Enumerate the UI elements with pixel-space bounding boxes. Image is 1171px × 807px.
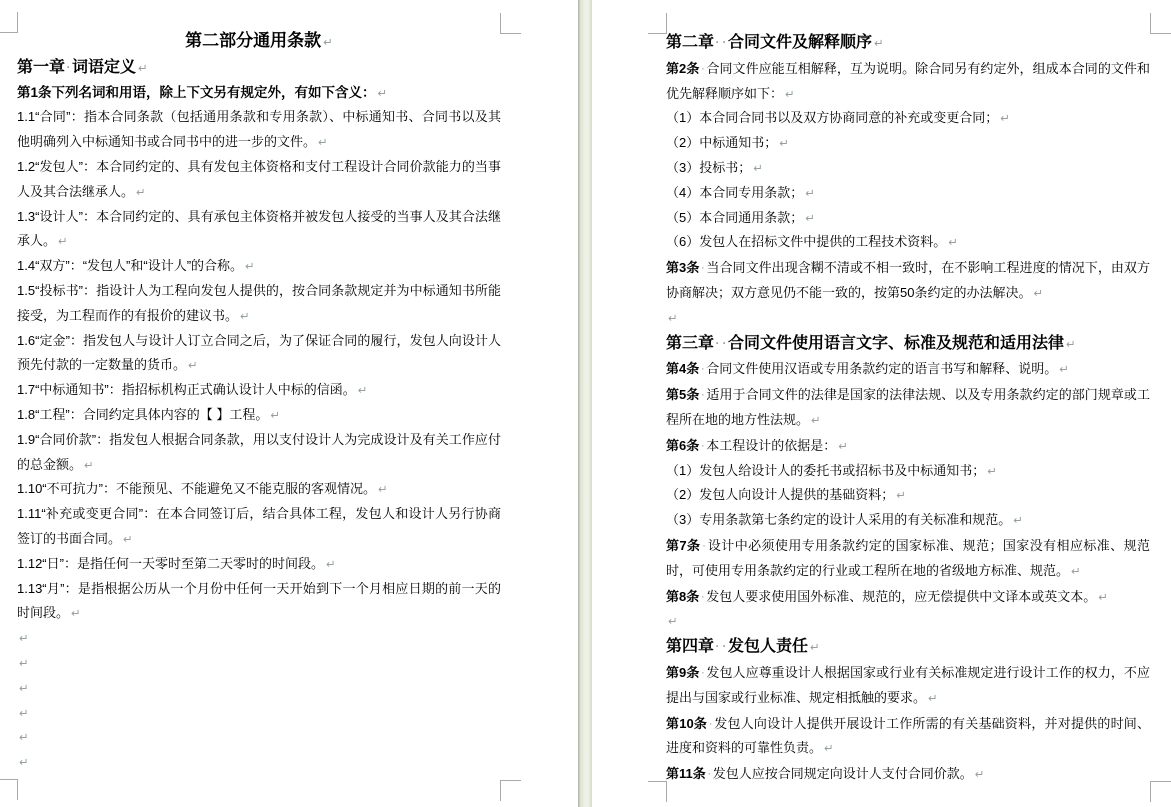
clause-number: 第2条: [666, 61, 699, 76]
list-item[interactable]: （1）本合同合同书以及双方协商同意的补充或变更合同；↵: [666, 106, 1150, 131]
paragraph-mark-icon: ↵: [810, 640, 820, 654]
paragraph-text: 1.10“不可抗力”：不能预见、不能避免又不能克服的客观情况。: [17, 481, 376, 496]
paragraph-text: 1.1“合同”：指本合同条款（包括通用条款和专用条款）、中标通知书、合同书以及其…: [17, 109, 501, 149]
clause-number: 第四章: [666, 638, 714, 655]
paragraph-text: 合同文件使用语言文字、标准及规范和适用法律: [728, 335, 1064, 352]
paragraph-mark-icon: ↵: [358, 383, 368, 397]
paragraph-mark-icon: ↵: [138, 61, 148, 75]
paragraph-mark-icon: ↵: [270, 408, 280, 422]
paragraph-mark-icon: ↵: [896, 488, 906, 502]
paragraph-text: （5）本合同通用条款；: [666, 210, 803, 225]
definition-paragraph[interactable]: 1.11“补充或变更合同”：在本合同签订后，结合具体工程，发包人和设计人另行协商…: [17, 502, 501, 552]
page-gap-divider: [578, 0, 592, 807]
paragraph-text: （1）本合同合同书以及双方协商同意的补充或变更合同；: [666, 110, 998, 125]
paragraph-mark-icon: ↵: [1013, 513, 1023, 527]
paragraph-mark-icon: ↵: [19, 706, 29, 720]
document-title[interactable]: 第二部分通用条款↵: [17, 29, 501, 55]
clause-number: 第二章: [666, 34, 714, 51]
paragraph-mark-icon: ↵: [838, 439, 848, 453]
definition-paragraph[interactable]: 1.2“发包人”：本合同约定的、具有发包主体资格和支付工程设计合同价款能力的当事…: [17, 155, 501, 205]
paragraph-mark-icon: ↵: [1033, 286, 1043, 300]
clause-number: 第一章: [17, 59, 65, 76]
list-item[interactable]: （5）本合同通用条款；↵: [666, 206, 1150, 231]
clause-paragraph[interactable]: 第4条·合同文件使用汉语或专用条款约定的语言书写和解释、说明。↵: [666, 356, 1150, 382]
paragraph-text: 本工程设计的依据是：: [706, 438, 836, 453]
paragraph-text: 合同文件使用汉语或专用条款约定的语言书写和解释、说明。: [706, 361, 1057, 376]
paragraph-text: 词语定义: [72, 59, 136, 76]
paragraph-mark-icon: ↵: [668, 311, 678, 325]
paragraph-mark-icon: ↵: [811, 413, 821, 427]
paragraph-mark-icon: ↵: [874, 36, 884, 50]
paragraph-mark-icon: ↵: [928, 691, 938, 705]
empty-paragraph[interactable]: ↵: [666, 306, 1150, 331]
list-item[interactable]: （4）本合同专用条款；↵: [666, 181, 1150, 206]
empty-paragraph[interactable]: ↵: [17, 676, 501, 701]
paragraph-mark-icon: ↵: [378, 482, 388, 496]
definition-paragraph[interactable]: 1.13“月”：是指根据公历从一个月份中任何一天开始到下一个月相应日期的前一天的…: [17, 577, 501, 627]
margin-crop-mark-top-right: [1150, 13, 1171, 34]
paragraph-text: 发包人向设计人提供开展设计工作所需的有关基础资料，并对提供的时间、进度和资料的可…: [666, 716, 1150, 756]
document-page-left[interactable]: 第二部分通用条款↵第一章·词语定义↵第1条下列名词和用语，除上下文另有规定外，有…: [0, 0, 578, 807]
clause-paragraph[interactable]: 第2条·合同文件应能互相解释，互为说明。除合同另有约定外，组成本合同的文件和优先…: [666, 56, 1150, 107]
empty-paragraph[interactable]: ↵: [17, 651, 501, 676]
paragraph-mark-icon: ↵: [779, 136, 789, 150]
clause-number: 第8条: [666, 589, 699, 604]
clause-number: 第三章: [666, 335, 714, 352]
paragraph-mark-icon: ↵: [318, 135, 328, 149]
paragraph-mark-icon: ↵: [19, 755, 29, 769]
paragraph-mark-icon: ↵: [987, 464, 997, 478]
paragraph-text: 1.13“月”：是指根据公历从一个月份中任何一天开始到下一个月相应日期的前一天的…: [17, 581, 501, 621]
paragraph-text: 发包人应尊重设计人根据国家或行业有关标准规定进行设计工作的权力，不应提出与国家或…: [666, 665, 1150, 705]
paragraph-text: 发包人责任: [728, 638, 808, 655]
paragraph-text: 1.8“工程”：合同约定具体内容的【 】工程。: [17, 407, 268, 422]
paragraph-mark-icon: ↵: [1059, 362, 1069, 376]
paragraph-mark-icon: ↵: [785, 87, 795, 101]
definition-paragraph[interactable]: 1.6“定金”：指发包人与设计人订立合同之后，为了保证合同的履行，发包人向设计人…: [17, 329, 501, 379]
clause-paragraph[interactable]: 第8条·发包人要求使用国外标准、规范的，应无偿提供中文译本或英文本。↵: [666, 584, 1150, 610]
margin-crop-mark-top-right: [500, 13, 521, 34]
margin-crop-mark-bottom-left: [0, 779, 18, 800]
paragraph-text: （2）中标通知书；: [666, 135, 777, 150]
paragraph-mark-icon: ↵: [753, 161, 763, 175]
paragraph-text: 第二部分通用条款: [185, 31, 321, 50]
paragraph-text: 第1条下列名词和用语，除上下文另有规定外，有如下含义：: [17, 85, 376, 100]
list-item[interactable]: （2）发包人向设计人提供的基础资料；↵: [666, 483, 1150, 508]
clause-paragraph[interactable]: 第11条·发包人应按合同规定向设计人支付合同价款。↵: [666, 761, 1150, 787]
paragraph-mark-icon: ↵: [975, 767, 985, 781]
definition-paragraph[interactable]: 1.12“日”：是指任何一天零时至第二天零时的时间段。↵: [17, 552, 501, 577]
definition-paragraph[interactable]: 1.1“合同”：指本合同条款（包括通用条款和专用条款）、中标通知书、合同书以及其…: [17, 105, 501, 155]
definition-paragraph[interactable]: 1.7“中标通知书”：指招标机构正式确认设计人中标的信函。↵: [17, 378, 501, 403]
paragraph-mark-icon: ↵: [136, 185, 146, 199]
empty-paragraph[interactable]: ↵: [17, 750, 501, 775]
empty-paragraph[interactable]: ↵: [666, 609, 1150, 634]
clause-number: 第9条: [666, 665, 699, 680]
definition-paragraph[interactable]: 1.8“工程”：合同约定具体内容的【 】工程。↵: [17, 403, 501, 428]
space-mark-icon: ·: [721, 331, 728, 356]
paragraph-mark-icon: ↵: [19, 631, 29, 645]
paragraph-text: （2）发包人向设计人提供的基础资料；: [666, 487, 894, 502]
paragraph-text: 1.3“设计人”：本合同约定的、具有承包主体资格并被发包人接受的当事人及其合法继…: [17, 209, 501, 249]
paragraph-mark-icon: ↵: [84, 458, 94, 472]
paragraph-mark-icon: ↵: [1098, 590, 1108, 604]
paragraph-text: （6）发包人在招标文件中提供的工程技术资料。: [666, 234, 946, 249]
list-item[interactable]: （2）中标通知书；↵: [666, 131, 1150, 156]
paragraph-text: 1.12“日”：是指任何一天零时至第二天零时的时间段。: [17, 556, 324, 571]
paragraph-mark-icon: ↵: [1066, 337, 1076, 351]
page-text-area[interactable]: 第二部分通用条款↵第一章·词语定义↵第1条下列名词和用语，除上下文另有规定外，有…: [17, 29, 501, 775]
paragraph-mark-icon: ↵: [668, 614, 678, 628]
paragraph-text: 发包人应按合同规定向设计人支付合同价款。: [713, 766, 973, 781]
paragraph-mark-icon: ↵: [378, 86, 388, 100]
paragraph-text: （3）专用条款第七条约定的设计人采用的有关标准和规范。: [666, 512, 1011, 527]
paragraph-mark-icon: ↵: [19, 681, 29, 695]
paragraph-text: 1.5“投标书”：指设计人为工程向发包人提供的，按合同条款规定并为中标通知书所能…: [17, 283, 501, 323]
paragraph-text: 1.7“中标通知书”：指招标机构正式确认设计人中标的信函。: [17, 382, 356, 397]
paragraph-text: 1.6“定金”：指发包人与设计人订立合同之后，为了保证合同的履行，发包人向设计人…: [17, 333, 501, 373]
paragraph-mark-icon: ↵: [1071, 564, 1081, 578]
paragraph-mark-icon: ↵: [245, 259, 255, 273]
space-mark-icon: ·: [714, 634, 721, 659]
list-item[interactable]: （1）发包人给设计人的委托书或招标书及中标通知书；↵: [666, 459, 1150, 484]
definition-paragraph[interactable]: 1.10“不可抗力”：不能预见、不能避免又不能克服的客观情况。↵: [17, 477, 501, 502]
paragraph-text: 当合同文件出现含糊不清或不相一致时，在不影响工程进度的情况下，由双方协商解决；双…: [666, 260, 1150, 300]
paragraph-text: 适用于合同文件的法律是国家的法律法规、以及专用条款约定的部门规章或工程所在地的地…: [666, 387, 1150, 427]
paragraph-text: 1.11“补充或变更合同”：在本合同签订后，结合具体工程，发包人和设计人另行协商…: [17, 506, 501, 546]
chapter-heading[interactable]: 第二章··合同文件及解释顺序↵: [666, 30, 1150, 56]
clause-paragraph[interactable]: 第10条·发包人向设计人提供开展设计工作所需的有关基础资料，并对提供的时间、进度…: [666, 711, 1150, 762]
chapter-heading[interactable]: 第四章··发包人责任↵: [666, 634, 1150, 660]
list-item[interactable]: （3）专用条款第七条约定的设计人采用的有关标准和规范。↵: [666, 508, 1150, 533]
clause-number: 第10条: [666, 716, 707, 731]
clause-paragraph[interactable]: 第3条·当合同文件出现含糊不清或不相一致时，在不影响工程进度的情况下，由双方协商…: [666, 255, 1150, 306]
margin-crop-mark-top-left: [0, 12, 18, 33]
page-text-area[interactable]: 第二章··合同文件及解释顺序↵第2条·合同文件应能互相解释，互为说明。除合同另有…: [666, 30, 1150, 787]
clause-number: 第11条: [666, 766, 706, 781]
paragraph-mark-icon: ↵: [805, 211, 815, 225]
paragraph-text: 合同文件及解释顺序: [728, 34, 872, 51]
empty-paragraph[interactable]: ↵: [17, 626, 501, 651]
space-mark-icon: ·: [721, 30, 728, 55]
clause-paragraph[interactable]: 第5条·适用于合同文件的法律是国家的法律法规、以及专用条款约定的部门规章或工程所…: [666, 382, 1150, 433]
definition-paragraph[interactable]: 1.4“双方”：“发包人”和“设计人”的合称。↵: [17, 254, 501, 279]
clause-paragraph[interactable]: 第6条·本工程设计的依据是：↵: [666, 433, 1150, 459]
clause-number: 第6条: [666, 438, 699, 453]
space-mark-icon: ·: [706, 761, 713, 786]
clause-heading[interactable]: 第1条下列名词和用语，除上下文另有规定外，有如下含义：↵: [17, 81, 501, 106]
paragraph-mark-icon: ↵: [240, 309, 250, 323]
paragraph-text: 1.4“双方”：“发包人”和“设计人”的合称。: [17, 258, 243, 273]
space-mark-icon: ·: [65, 55, 72, 80]
paragraph-mark-icon: ↵: [1000, 111, 1010, 125]
empty-paragraph[interactable]: ↵: [17, 725, 501, 750]
space-mark-icon: ·: [721, 634, 728, 659]
margin-crop-mark-bottom-left: [648, 781, 667, 802]
paragraph-mark-icon: ↵: [19, 730, 29, 744]
space-mark-icon: ·: [714, 30, 721, 55]
margin-crop-mark-top-left: [648, 13, 667, 34]
paragraph-text: （1）发包人给设计人的委托书或招标书及中标通知书；: [666, 463, 985, 478]
empty-paragraph[interactable]: ↵: [17, 701, 501, 726]
clause-paragraph[interactable]: 第9条·发包人应尊重设计人根据国家或行业有关标准规定进行设计工作的权力，不应提出…: [666, 660, 1150, 711]
paragraph-mark-icon: ↵: [71, 606, 81, 620]
paragraph-text: （3）投标书；: [666, 160, 751, 175]
chapter-heading[interactable]: 第一章·词语定义↵: [17, 55, 501, 81]
paragraph-text: （4）本合同专用条款；: [666, 185, 803, 200]
paragraph-mark-icon: ↵: [323, 35, 333, 49]
paragraph-mark-icon: ↵: [19, 656, 29, 670]
clause-paragraph[interactable]: 第7条·设计中必须使用专用条款约定的国家标准、规范；国家没有相应标准、规范时，可…: [666, 533, 1150, 584]
paragraph-mark-icon: ↵: [123, 532, 133, 546]
list-item[interactable]: （6）发包人在招标文件中提供的工程技术资料。↵: [666, 230, 1150, 255]
definition-paragraph[interactable]: 1.3“设计人”：本合同约定的、具有承包主体资格并被发包人接受的当事人及其合法继…: [17, 205, 501, 255]
paragraph-text: 1.2“发包人”：本合同约定的、具有发包主体资格和支付工程设计合同价款能力的当事…: [17, 159, 501, 199]
document-page-right[interactable]: 第二章··合同文件及解释顺序↵第2条·合同文件应能互相解释，互为说明。除合同另有…: [592, 0, 1171, 807]
paragraph-mark-icon: ↵: [188, 358, 198, 372]
chapter-heading[interactable]: 第三章··合同文件使用语言文字、标准及规范和适用法律↵: [666, 331, 1150, 357]
definition-paragraph[interactable]: 1.9“合同价款”：指发包人根据合同条款，用以支付设计人为完成设计及有关工作应付…: [17, 428, 501, 478]
list-item[interactable]: （3）投标书；↵: [666, 156, 1150, 181]
margin-crop-mark-bottom-right: [1150, 781, 1171, 802]
clause-number: 第3条: [666, 260, 699, 275]
paragraph-mark-icon: ↵: [326, 557, 336, 571]
document-canvas: 第二部分通用条款↵第一章·词语定义↵第1条下列名词和用语，除上下文另有规定外，有…: [0, 0, 1171, 807]
clause-number: 第7条: [666, 538, 700, 553]
paragraph-mark-icon: ↵: [824, 741, 834, 755]
clause-number: 第4条: [666, 361, 699, 376]
definition-paragraph[interactable]: 1.5“投标书”：指设计人为工程向发包人提供的，按合同条款规定并为中标通知书所能…: [17, 279, 501, 329]
paragraph-mark-icon: ↵: [58, 234, 68, 248]
paragraph-text: 发包人要求使用国外标准、规范的，应无偿提供中文译本或英文本。: [706, 589, 1096, 604]
paragraph-mark-icon: ↵: [805, 186, 815, 200]
space-mark-icon: ·: [714, 331, 721, 356]
paragraph-text: 合同文件应能互相解释，互为说明。除合同另有约定外，组成本合同的文件和优先解释顺序…: [666, 61, 1150, 101]
margin-crop-mark-bottom-right: [500, 780, 521, 801]
clause-number: 第5条: [666, 387, 699, 402]
paragraph-mark-icon: ↵: [948, 235, 958, 249]
